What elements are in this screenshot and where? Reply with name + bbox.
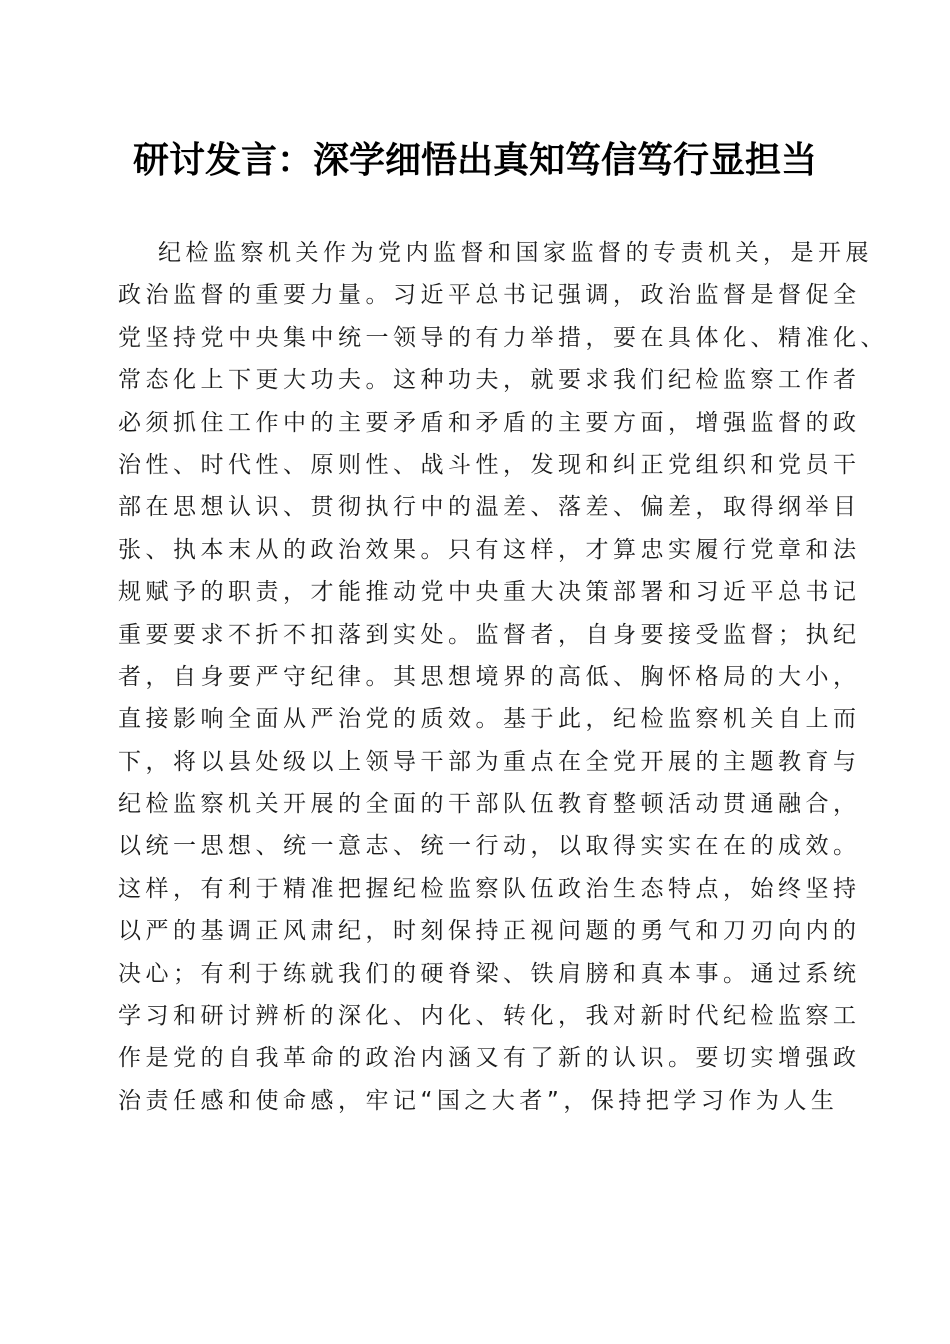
text-line: 规赋予的职责，才能推动党中央重大决策部署和习近平总书记 — [118, 571, 858, 613]
text-line: 决心；有利于练就我们的硬脊梁、铁肩膀和真本事。通过系统 — [118, 953, 858, 995]
text-line: 下，将以县处级以上领导干部为重点在全党开展的主题教育与 — [118, 741, 858, 783]
document-title: 研讨发言：深学细悟出真知笃信笃行显担当 — [0, 136, 950, 184]
text-line: 党坚持党中央集中统一领导的有力举措，要在具体化、精准化、 — [118, 317, 858, 359]
text-line: 以统一思想、统一意志、统一行动，以取得实实在在的成效。 — [118, 825, 858, 867]
text-line: 张、执本末从的政治效果。只有这样，才算忠实履行党章和法 — [118, 529, 858, 571]
text-line: 重要要求不折不扣落到实处。监督者，自身要接受监督；执纪 — [118, 614, 858, 656]
text-line: 纪检监察机关作为党内监督和国家监督的专责机关，是开展 — [118, 232, 858, 274]
text-line: 学习和研讨辨析的深化、内化、转化，我对新时代纪检监察工 — [118, 995, 858, 1037]
text-line: 治性、时代性、原则性、战斗性，发现和纠正党组织和党员干 — [118, 444, 858, 486]
text-line: 这样，有利于精准把握纪检监察队伍政治生态特点，始终坚持 — [118, 868, 858, 910]
text-line: 直接影响全面从严治党的质效。基于此，纪检监察机关自上而 — [118, 698, 858, 740]
text-line: 部在思想认识、贯彻执行中的温差、落差、偏差，取得纲举目 — [118, 486, 858, 528]
text-line: 政治监督的重要力量。习近平总书记强调，政治监督是督促全 — [118, 274, 858, 316]
text-line: 治责任感和使命感，牢记“国之大者”，保持把学习作为人生 — [118, 1080, 858, 1122]
body-paragraph: 纪检监察机关作为党内监督和国家监督的专责机关，是开展 政治监督的重要力量。习近平… — [118, 232, 858, 1122]
text-line: 纪检监察机关开展的全面的干部队伍教育整顿活动贯通融合， — [118, 783, 858, 825]
text-line: 者，自身要严守纪律。其思想境界的高低、胸怀格局的大小， — [118, 656, 858, 698]
text-line: 作是党的自我革命的政治内涵又有了新的认识。要切实增强政 — [118, 1037, 858, 1079]
text-line: 常态化上下更大功夫。这种功夫，就要求我们纪检监察工作者 — [118, 359, 858, 401]
document-page: 研讨发言：深学细悟出真知笃信笃行显担当 纪检监察机关作为党内监督和国家监督的专责… — [0, 0, 950, 1344]
text-line: 以严的基调正风肃纪，时刻保持正视问题的勇气和刀刃向内的 — [118, 910, 858, 952]
text-line: 必须抓住工作中的主要矛盾和矛盾的主要方面，增强监督的政 — [118, 402, 858, 444]
